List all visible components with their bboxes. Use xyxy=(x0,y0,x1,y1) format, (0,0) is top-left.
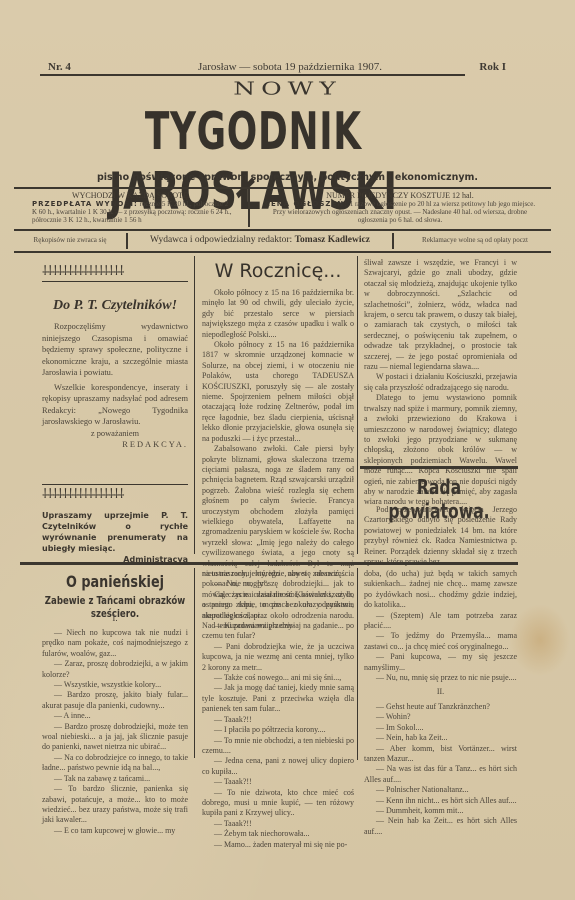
complaints-note: Reklamacye wolne są od opłaty poczt xyxy=(392,233,556,249)
story-line: — Taaak?!! xyxy=(202,715,354,725)
column-divider xyxy=(357,256,358,554)
story-line: — Wohin? xyxy=(364,712,517,722)
readers-column: Rozpoczęliśmy wydawnictwo niniejszego Cz… xyxy=(42,321,188,451)
anniversary-p1: Około północy z 15 na 16 października br… xyxy=(202,288,354,340)
closing: z poważaniem xyxy=(42,428,188,440)
issue-number: Nr. 4 xyxy=(48,61,71,73)
anniversary-p6: W postaci i działaniu Kościuszki, przeja… xyxy=(364,372,517,393)
manuscripts-note: Rękopisów nie zwraca się xyxy=(14,233,128,249)
story-column-2: na to nie rachujemy, idzie, aby się zaba… xyxy=(202,569,354,850)
story-line: — Kupcowa wzięła dzisiaj na gadanie... p… xyxy=(202,621,354,642)
story-line: — Kenn ihn nicht... es hört sich Alles a… xyxy=(364,796,517,806)
readers-p2: Wszelkie korespondencye, inseraty i ręko… xyxy=(42,382,188,428)
story-line: — Także coś nowego... ani mi się śni..., xyxy=(202,673,354,683)
story-line: — Bardzo proszę, jakito biały fular... a… xyxy=(42,690,188,711)
anniversary-p3: Zabalsowano zwłoki. Całe piersi były pok… xyxy=(202,444,354,590)
story-line: — Bardzo proszę dobrodziejki, może ten w… xyxy=(42,722,188,753)
section-rule xyxy=(360,466,518,469)
story-line: — Gehst heute auf Tanzkränzchen? xyxy=(364,702,517,712)
column-divider xyxy=(357,568,358,760)
story-line: — Im Sokol.... xyxy=(364,723,517,733)
story-heading-1: O panieńskiej xyxy=(55,572,175,591)
column-divider xyxy=(194,568,195,758)
column-divider xyxy=(194,256,195,554)
story-line: — To bardzo ślicznie, panienka się zabaw… xyxy=(42,784,188,826)
story-line: — Pani dobrodziejka wie, że ja uczciwa k… xyxy=(202,642,354,673)
payment-notice: Upraszamy uprzejmie P. T. Czytelników o … xyxy=(42,510,188,565)
story-line: — Taaak?!! xyxy=(202,777,354,787)
readers-p1: Rozpoczęliśmy wydawnictwo niniejszego Cz… xyxy=(42,321,188,379)
ornament-border-bottom: ⸸⸸⸸⸸⸸⸸⸸⸸⸸⸸⸸⸸⸸⸸⸸⸸ xyxy=(42,486,188,504)
story-section-1: I. xyxy=(40,613,190,623)
story-line: — Pani kupcowa, — my się jeszcze namyśli… xyxy=(364,652,517,673)
story-line: doba, (do ucha) już będą w takich samych… xyxy=(364,569,517,611)
payment-notice-text: Upraszamy uprzejmie P. T. Czytelników o … xyxy=(42,510,188,554)
county-council-p1: Pod przewodnictwem księcia Jerzego Czart… xyxy=(364,505,517,567)
ornament-rule xyxy=(42,281,188,282)
story-line: — Na was ist das für a Tanz... es hört s… xyxy=(364,764,517,785)
story-line: — Aber komm, bist Vortänzer... wirst tan… xyxy=(364,744,517,765)
ornament-rule-2 xyxy=(42,484,188,485)
anniversary-p2: Około północy z 15 na 16 października 18… xyxy=(202,340,354,444)
signature: REDAKCYA. xyxy=(42,439,188,451)
anniversary-heading: W Rocznicę... xyxy=(200,260,356,282)
story-line: — E co tam kupcowej w głowie... my xyxy=(42,826,188,836)
story-line: — Żebym tak niechorowała... xyxy=(202,829,354,839)
editor-label: Wydawca i odpowiedzialny redaktor: xyxy=(150,235,292,245)
title-nowy: NOWY xyxy=(0,78,575,99)
story-line: — Niech no kupcowa tak nie nudzi i prędk… xyxy=(42,628,188,659)
year-label: Rok I xyxy=(460,61,506,73)
story-line: — Taaak?!! xyxy=(202,819,354,829)
story-line: — (Szeptem) Ale tam potrzeba zaraz płaci… xyxy=(364,611,517,632)
subscription-heading: WYCHODZI W KAŻDĄ SOBOTĘ. xyxy=(14,191,248,200)
story-line: — Dummheit, komm mit... xyxy=(364,806,517,816)
story-line: — Mamo... żaden materyał mi się nie po- xyxy=(202,840,354,850)
story-line: — Nein hab ka Zeit... es hört sich Alles… xyxy=(364,816,517,837)
subscription-box: WYCHODZI W KAŻDĄ SOBOTĘ. PRZEDPŁATA WYNO… xyxy=(14,189,250,227)
ads-price-box: NUMER POJEDYNCZY KOSZTUJE 12 hal. CENA O… xyxy=(250,189,550,227)
county-council-text: Pod przewodnictwem księcia Jerzego Czart… xyxy=(364,505,517,567)
page-section-rule xyxy=(20,562,518,565)
story-line: — Polnischer Nationaltanz... xyxy=(364,785,517,795)
header-rule xyxy=(40,74,465,76)
story-line: — Zaraz, proszę dobrodziejki, a w jakim … xyxy=(42,659,188,680)
story-line: — To nie dziwota, kto chce mieć coś dobr… xyxy=(202,788,354,819)
info-mid-rule xyxy=(14,229,551,231)
dateline: Jarosław — sobota 19 października 1907. xyxy=(170,61,410,73)
story-line: — Nein, hab ka Zeit... xyxy=(364,733,517,743)
story-line: — I płaciła po półtrzecia korony.... xyxy=(202,725,354,735)
story-line: — Jak ja mogę dać taniej, kiedy mnie sam… xyxy=(202,683,354,714)
story-line: — Jedna cena, pani z nowej ulicy dopiero… xyxy=(202,756,354,777)
ads-label: CENA OGŁOSZEŃ: xyxy=(265,200,348,208)
masthead-subtitle: pismo poświęcone sprawom społecznym, pol… xyxy=(0,172,575,183)
editor-name: Tomasz Kadlewicz xyxy=(295,235,370,245)
story-line: — Tak na zabawę z tańcami... xyxy=(42,774,188,784)
story-column-1: — Niech no kupcowa tak nie nudzi i prędk… xyxy=(42,628,188,836)
story-line: — Wszystkie, wszystkie kolory... xyxy=(42,680,188,690)
anniversary-column-2: śliwał zawsze i wszędzie, we Francyi i w… xyxy=(364,258,517,508)
story-column-3: doba, (do ucha) już będą w takich samych… xyxy=(364,569,517,837)
story-line: na to nie rachujemy, idzie, aby się zaba… xyxy=(202,569,354,579)
story-line: — Nu, nu, mnię się przez to nic nie psuj… xyxy=(364,673,517,683)
story-line: — A inne... xyxy=(42,711,188,721)
info-bottom-rule xyxy=(14,251,551,253)
story-section-2: II. xyxy=(364,687,517,697)
story-line: — To mnie nie obchodzi, a ten niebieski … xyxy=(202,736,354,757)
story-line: — Na co dobrodziejce co innego, to takie… xyxy=(42,753,188,774)
story-line: — No, no, proszę dobrodziejki... jak to … xyxy=(202,579,354,621)
ornament-border-top: ⸸⸸⸸⸸⸸⸸⸸⸸⸸⸸⸸⸸⸸⸸⸸⸸ xyxy=(42,263,188,281)
subscription-label: PRZEDPŁATA WYNOSI: xyxy=(32,200,138,208)
editor-line: Wydawca i odpowiedzialny redaktor: Tomas… xyxy=(130,233,390,247)
readers-heading: Do P. T. Czytelników! xyxy=(42,298,188,314)
story-line: — To jedźmy do Przemyśla... mama zastawi… xyxy=(364,631,517,652)
anniversary-p5: śliwał zawsze i wszędzie, we Francyi i w… xyxy=(364,258,517,372)
single-issue-price: NUMER POJEDYNCZY KOSZTUJE 12 hal. xyxy=(250,191,550,200)
newspaper-page: Nr. 4 Jarosław — sobota 19 października … xyxy=(0,0,575,900)
